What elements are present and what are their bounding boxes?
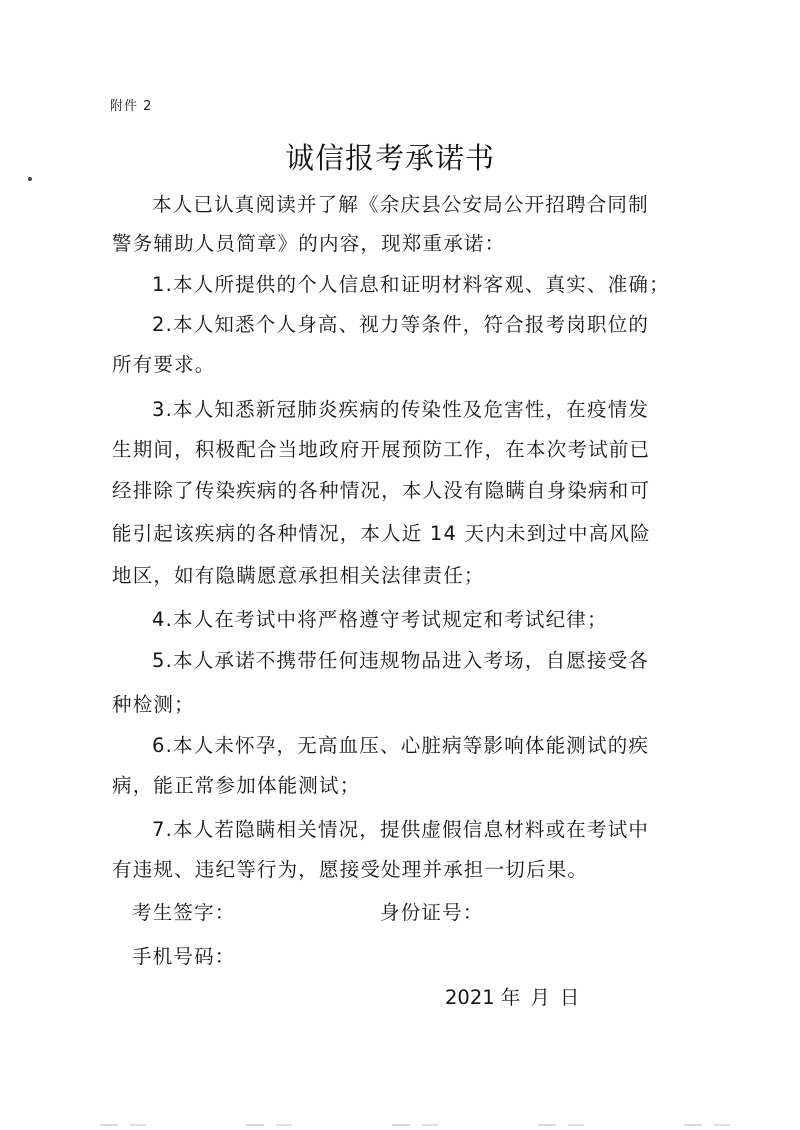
phone-field[interactable] [236,948,356,970]
scan-bottom-edge [0,1124,800,1126]
candidate-signature-field[interactable] [236,904,356,926]
commitment-item-5-line-1: 5.本人承诺不携带任何违规物品进入考场，自愿接受各 [152,648,732,674]
commitment-item-4: 4.本人在考试中将严格遵守考试规定和考试纪律； [152,607,732,633]
commitment-item-2-line-2: 所有要求。 [112,352,692,378]
commitment-item-2-line-1: 2.本人知悉个人身高、视力等条件，符合报考岗职位的 [152,312,732,338]
id-number-row: 身份证号： [380,900,604,926]
date-month: 月 [530,986,550,1009]
document-page: 附件 2 诚信报考承诺书 本人已认真阅读并了解《余庆县公安局公开招聘合同制 警务… [0,0,800,1130]
phone-label: 手机号码： [132,945,236,968]
id-number-field[interactable] [484,904,604,926]
commitment-item-3-line-1: 3.本人知悉新冠肺炎疾病的传染性及危害性，在疫情发 [152,397,732,423]
commitment-item-6-line-2: 病，能正常参加体能测试； [112,773,692,799]
commitment-item-1: 1.本人所提供的个人信息和证明材料客观、真实、准确； [152,272,732,298]
document-title: 诚信报考承诺书 [0,140,780,176]
intro-line-1: 本人已认真阅读并了解《余庆县公安局公开招聘合同制 [152,192,732,218]
scan-artifact-mark [28,177,32,181]
commitment-item-6-line-1: 6.本人未怀孕，无高血压、心脏病等影响体能测试的疾 [152,733,732,759]
commitment-item-3-line-2: 生期间，积极配合当地政府开展预防工作，在本次考试前已 [112,437,692,463]
candidate-signature-row: 考生签字： [132,900,356,926]
id-number-label: 身份证号： [380,901,484,924]
intro-line-2: 警务辅助人员简章》的内容，现郑重承诺： [112,231,692,257]
phone-row: 手机号码： [132,944,356,970]
date-day: 日 [560,986,580,1009]
commitment-item-7-line-1: 7.本人若隐瞒相关情况，提供虚假信息材料或在考试中 [152,817,732,843]
commitment-item-3-line-3: 经排除了传染疾病的各种情况，本人没有隐瞒自身染病和可 [112,478,692,504]
commitment-item-5-line-2: 种检测； [112,692,692,718]
commitment-item-3-line-5: 地区，如有隐瞒愿意承担相关法律责任； [112,563,692,589]
date-year: 2021 年 [445,986,520,1009]
attachment-label: 附件 2 [110,99,152,115]
commitment-item-7-line-2: 有违规、违纪等行为，愿接受处理并承担一切后果。 [112,857,692,883]
date-row: 2021 年月日 [445,985,589,1011]
candidate-signature-label: 考生签字： [132,901,236,924]
commitment-item-3-line-4: 能引起该疾病的各种情况，本人近 14 天内未到过中高风险 [112,521,692,547]
